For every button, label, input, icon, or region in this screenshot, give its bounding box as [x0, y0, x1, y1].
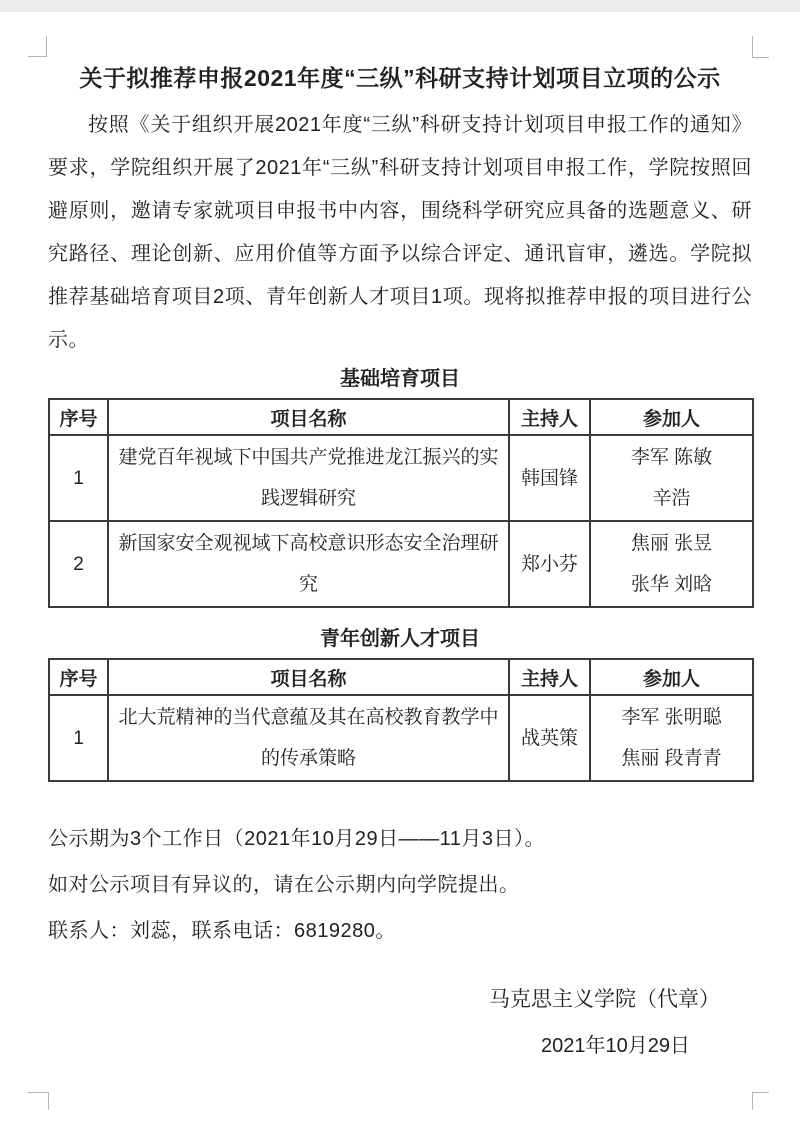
signature-line: 马克思主义学院（代章） — [48, 986, 752, 1013]
intro-paragraph: 按照《关于组织开展2021年度“三纵”科研支持计划项目申报工作的通知》要求，学院… — [48, 104, 752, 362]
column-header-project-name: 项目名称 — [108, 399, 509, 435]
column-header-no: 序号 — [49, 399, 108, 435]
cell-project-name: 建党百年视域下中国共产党推进龙江振兴的实践逻辑研究 — [108, 435, 509, 521]
section-heading-basic-projects: 基础培育项目 — [48, 364, 752, 394]
section-heading-youth-projects: 青年创新人才项目 — [48, 624, 752, 654]
table-row: 2 新国家安全观视域下高校意识形态安全治理研究 郑小芬 焦丽 张昱 张华 刘晗 — [49, 521, 753, 607]
text-boundary-mark-bottom-left — [28, 1092, 49, 1110]
objection-line: 如对公示项目有异议的，请在公示期内向学院提出。 — [48, 862, 752, 908]
cell-participants: 焦丽 张昱 张华 刘晗 — [590, 521, 753, 607]
cell-lead: 韩国锋 — [509, 435, 590, 521]
text-boundary-mark-top-left — [28, 36, 47, 57]
cell-project-name: 北大荒精神的当代意蕴及其在高校教育教学中的传承策略 — [108, 695, 509, 781]
column-header-project-name: 项目名称 — [108, 659, 509, 695]
viewer-top-strip — [0, 0, 800, 12]
document-page: 关于拟推荐申报2021年度“三纵”科研支持计划项目立项的公示 按照《关于组织开展… — [0, 62, 800, 1060]
column-header-lead: 主持人 — [509, 659, 590, 695]
contact-line: 联系人：刘蕊，联系电话：6819280。 — [48, 908, 752, 954]
column-header-participants: 参加人 — [590, 399, 753, 435]
basic-projects-table: 序号 项目名称 主持人 参加人 1 建党百年视域下中国共产党推进龙江振兴的实践逻… — [48, 398, 754, 608]
participants-line: 焦丽 张昱 — [595, 523, 748, 564]
cell-lead: 战英策 — [509, 695, 590, 781]
cell-participants: 李军 张明聪 焦丽 段青青 — [590, 695, 753, 781]
participants-line: 李军 陈敏 — [595, 437, 748, 478]
table-row: 1 北大荒精神的当代意蕴及其在高校教育教学中的传承策略 战英策 李军 张明聪 焦… — [49, 695, 753, 781]
footer-block: 公示期为3个工作日（2021年10月29日——11月3日）。 如对公示项目有异议… — [48, 816, 752, 954]
table-header-row: 序号 项目名称 主持人 参加人 — [49, 659, 753, 695]
cell-no: 1 — [49, 695, 108, 781]
table-header-row: 序号 项目名称 主持人 参加人 — [49, 399, 753, 435]
cell-participants: 李军 陈敏 辛浩 — [590, 435, 753, 521]
column-header-no: 序号 — [49, 659, 108, 695]
cell-lead: 郑小芬 — [509, 521, 590, 607]
participants-line: 张华 刘晗 — [595, 564, 748, 605]
document-viewer: { "doc": { "title": "关于拟推荐申报2021年度“三纵”科研… — [0, 0, 800, 1140]
participants-line: 辛浩 — [595, 478, 748, 519]
column-header-participants: 参加人 — [590, 659, 753, 695]
cell-project-name: 新国家安全观视域下高校意识形态安全治理研究 — [108, 521, 509, 607]
text-boundary-mark-top-right — [752, 36, 769, 58]
text-boundary-mark-bottom-right — [752, 1092, 769, 1110]
document-title: 关于拟推荐申报2021年度“三纵”科研支持计划项目立项的公示 — [48, 62, 752, 94]
publicity-period-line: 公示期为3个工作日（2021年10月29日——11月3日）。 — [48, 816, 752, 862]
cell-no: 2 — [49, 521, 108, 607]
youth-projects-table: 序号 项目名称 主持人 参加人 1 北大荒精神的当代意蕴及其在高校教育教学中的传… — [48, 658, 754, 782]
signature-date: 2021年10月29日 — [48, 1033, 752, 1060]
table-row: 1 建党百年视域下中国共产党推进龙江振兴的实践逻辑研究 韩国锋 李军 陈敏 辛浩 — [49, 435, 753, 521]
participants-line: 李军 张明聪 — [595, 697, 748, 738]
cell-no: 1 — [49, 435, 108, 521]
participants-line: 焦丽 段青青 — [595, 738, 748, 779]
column-header-lead: 主持人 — [509, 399, 590, 435]
